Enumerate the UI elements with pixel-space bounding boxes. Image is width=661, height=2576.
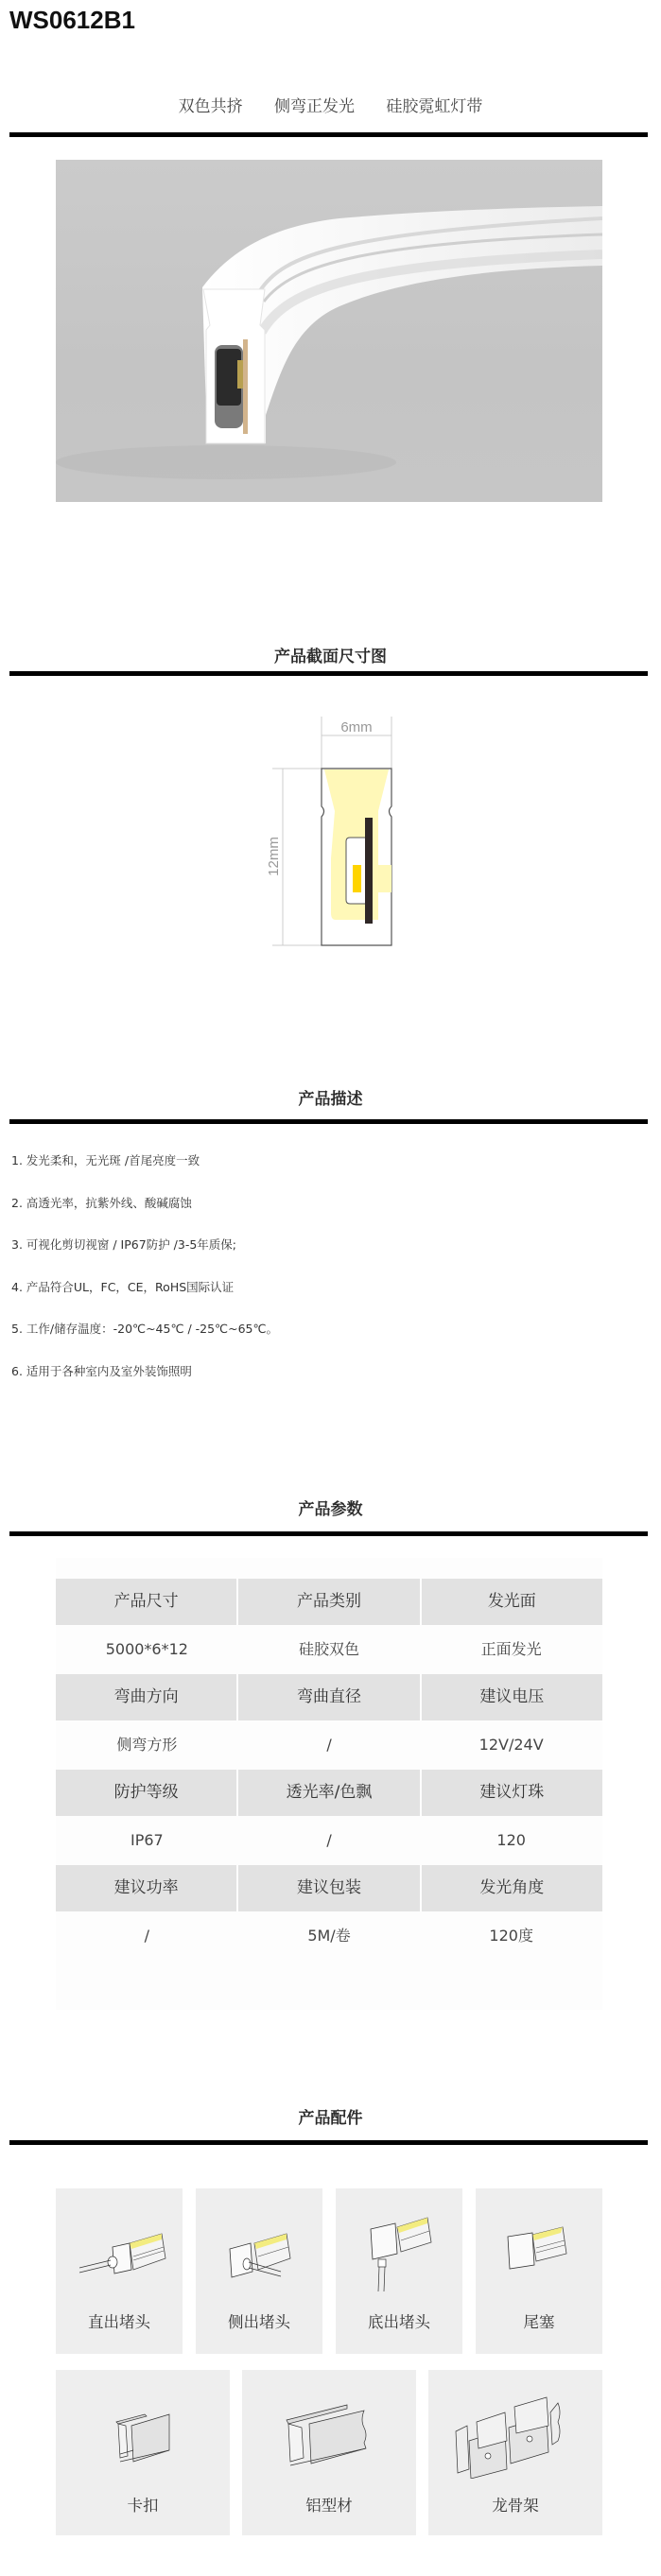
spec-value: 5M/卷 bbox=[238, 1911, 421, 1961]
spec-value: 120 bbox=[420, 1816, 602, 1865]
description-item: 1. 发光柔和，无光斑 /首尾亮度一致 bbox=[11, 1150, 617, 1192]
section-title-cross-section: 产品截面尺寸图 bbox=[0, 643, 661, 666]
accessory-card-tail-plug: 尾塞 bbox=[476, 2188, 602, 2354]
tag-silicone-neon: 硅胶霓虹灯带 bbox=[386, 97, 482, 116]
spec-value: 侧弯方形 bbox=[56, 1720, 238, 1770]
accessory-label: 铝型材 bbox=[242, 2493, 416, 2515]
spec-header: 建议电压 bbox=[422, 1674, 602, 1720]
divider bbox=[9, 1119, 648, 1124]
spec-header: 建议功率 bbox=[56, 1865, 236, 1911]
tag-side-bend: 侧弯正发光 bbox=[274, 97, 355, 116]
divider bbox=[9, 671, 648, 676]
accessory-card-keel-frame: 龙骨架 bbox=[428, 2370, 602, 2535]
description-item: 4. 产品符合UL，FC，CE，RoHS国际认证 bbox=[11, 1276, 617, 1319]
spec-header: 产品类别 bbox=[238, 1579, 419, 1625]
spec-table: 产品尺寸 产品类别 发光面 5000*6*12 硅胶双色 正面发光 弯曲方向 弯… bbox=[56, 1558, 602, 2010]
spec-value-row: IP67 / 120 bbox=[56, 1816, 602, 1865]
accessory-label: 卡扣 bbox=[56, 2493, 230, 2515]
accessories-row-1: 直出堵头 侧出堵头 底出堵头 bbox=[56, 2188, 602, 2354]
spec-header-row: 弯曲方向 弯曲直径 建议电压 bbox=[56, 1674, 602, 1720]
spec-header: 产品尺寸 bbox=[56, 1579, 236, 1625]
divider bbox=[9, 2140, 648, 2145]
spec-header: 透光率/色飘 bbox=[238, 1770, 419, 1816]
accessory-label: 侧出堵头 bbox=[196, 2309, 322, 2332]
spec-value: / bbox=[238, 1816, 421, 1865]
spec-value: / bbox=[56, 1911, 238, 1961]
description-item: 6. 适用于各种室内及室外装饰照明 bbox=[11, 1360, 617, 1403]
spec-value: 12V/24V bbox=[420, 1720, 602, 1770]
accessory-card-bottom-end-cap: 底出堵头 bbox=[336, 2188, 462, 2354]
side-end-cap-icon bbox=[215, 2226, 309, 2283]
spec-header: 弯曲直径 bbox=[238, 1674, 419, 1720]
accessory-label: 尾塞 bbox=[476, 2309, 602, 2332]
neon-strip-render-icon bbox=[56, 160, 602, 502]
svg-text:6mm: 6mm bbox=[340, 719, 372, 735]
accessory-label: 直出堵头 bbox=[56, 2309, 183, 2332]
section-title-accessories: 产品配件 bbox=[0, 2104, 661, 2128]
accessory-card-clip: 卡扣 bbox=[56, 2370, 230, 2535]
section-title-specs: 产品参数 bbox=[0, 1495, 661, 1519]
spec-value: IP67 bbox=[56, 1816, 238, 1865]
spec-value: / bbox=[238, 1720, 421, 1770]
spec-value-row: / 5M/卷 120度 bbox=[56, 1911, 602, 1961]
accessories-row-2: 卡扣 铝型材 龙骨架 bbox=[56, 2370, 602, 2535]
keel-frame-icon bbox=[452, 2394, 584, 2479]
aluminum-profile-icon bbox=[285, 2403, 379, 2469]
cross-section-diagram: 6mm 12mm bbox=[255, 717, 407, 953]
spec-value-row: 5000*6*12 硅胶双色 正面发光 bbox=[56, 1625, 602, 1674]
spec-header: 发光角度 bbox=[422, 1865, 602, 1911]
spec-header: 弯曲方向 bbox=[56, 1674, 236, 1720]
subtitle-tags: 双色共挤 侧弯正发光 硅胶霓虹灯带 bbox=[0, 93, 661, 116]
description-item: 2. 高透光率，抗紫外线、酸碱腐蚀 bbox=[11, 1192, 617, 1235]
spec-header: 发光面 bbox=[422, 1579, 602, 1625]
clip-icon bbox=[113, 2412, 179, 2469]
section-title-description: 产品描述 bbox=[0, 1085, 661, 1109]
spec-value: 正面发光 bbox=[420, 1625, 602, 1674]
hero-product-image bbox=[56, 160, 602, 502]
spec-value-row: 侧弯方形 / 12V/24V bbox=[56, 1720, 602, 1770]
divider bbox=[9, 1531, 648, 1536]
spec-header: 建议包装 bbox=[238, 1865, 419, 1911]
spec-header-row: 防护等级 透光率/色飘 建议灯珠 bbox=[56, 1770, 602, 1816]
svg-text:12mm: 12mm bbox=[266, 837, 282, 876]
straight-end-cap-icon bbox=[75, 2226, 169, 2283]
accessory-label: 底出堵头 bbox=[336, 2309, 462, 2332]
spec-header: 建议灯珠 bbox=[422, 1770, 602, 1816]
spec-header-row: 产品尺寸 产品类别 发光面 bbox=[56, 1579, 602, 1625]
spec-header: 防护等级 bbox=[56, 1770, 236, 1816]
spec-header-row: 建议功率 建议包装 发光角度 bbox=[56, 1865, 602, 1911]
spec-value: 120度 bbox=[420, 1911, 602, 1961]
accessory-label: 龙骨架 bbox=[428, 2493, 602, 2515]
description-list: 1. 发光柔和，无光斑 /首尾亮度一致 2. 高透光率，抗紫外线、酸碱腐蚀 3.… bbox=[11, 1150, 617, 1402]
spec-value: 硅胶双色 bbox=[238, 1625, 421, 1674]
accessory-card-side-end-cap: 侧出堵头 bbox=[196, 2188, 322, 2354]
accessory-card-straight-end-cap: 直出堵头 bbox=[56, 2188, 183, 2354]
accessory-card-aluminum-profile: 铝型材 bbox=[242, 2370, 416, 2535]
spec-value: 5000*6*12 bbox=[56, 1625, 238, 1674]
tag-dual-color: 双色共挤 bbox=[179, 97, 243, 116]
description-item: 3. 可视化剪切视窗 / IP67防护 /3-5年质保; bbox=[11, 1234, 617, 1276]
tail-plug-icon bbox=[504, 2222, 580, 2278]
model-title: WS0612B1 bbox=[9, 6, 135, 35]
description-item: 5. 工作/储存温度：-20℃~45℃ / -25℃~65℃。 bbox=[11, 1318, 617, 1360]
divider bbox=[9, 132, 648, 137]
bottom-end-cap-icon bbox=[359, 2212, 444, 2297]
